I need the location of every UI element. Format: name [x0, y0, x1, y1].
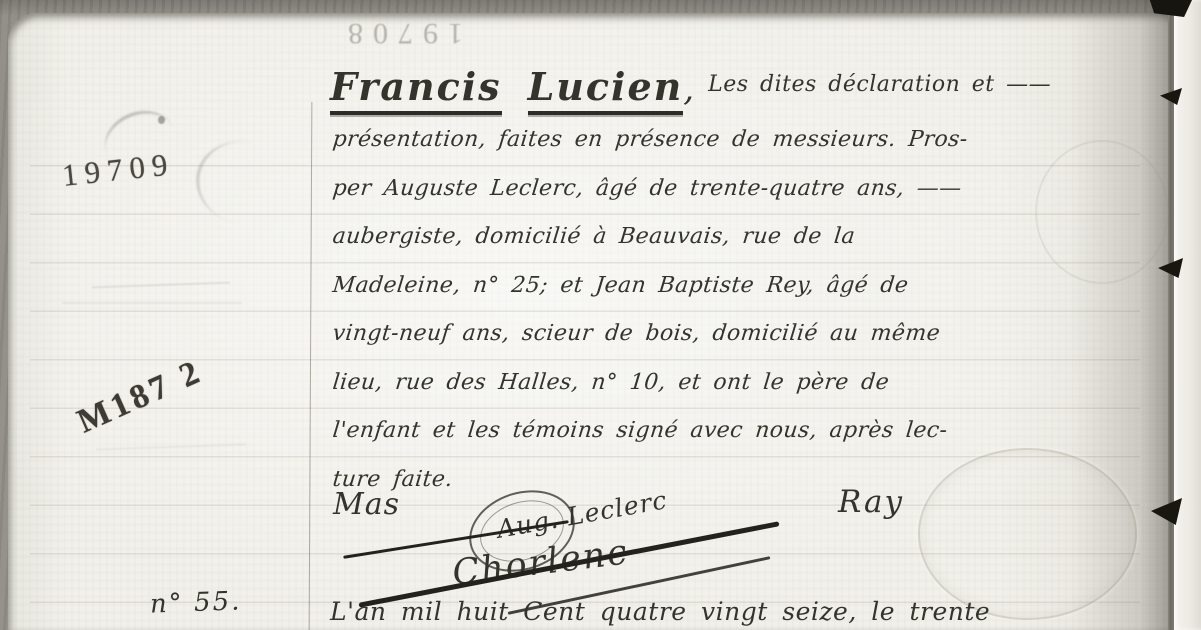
ink-speck [158, 116, 165, 124]
act-body-line: lieu, rue des Halles, n° 10, et ont le p… [330, 359, 1175, 408]
bleedthrough-serial-stamp: 19708 [338, 16, 463, 50]
ink-bleed-line [62, 302, 242, 304]
act-body-line: vingt-neuf ans, scieur de bois, domicili… [330, 310, 1175, 359]
next-act-margin-number: n° 55. [150, 586, 242, 619]
act-given-name-1: Francis [330, 64, 502, 115]
act-given-name-2: Lucien [528, 64, 684, 115]
act-title-separator: , [683, 69, 694, 109]
act-body-line: aubergiste, domicilié à Beauvais, rue de… [330, 213, 1175, 262]
next-act-first-line: L'an mil huit Cent quatre vingt seize, l… [330, 597, 990, 626]
act-body-line: ture faite. [330, 456, 1175, 505]
signature-officer: Mas [333, 487, 400, 522]
act-body: présentation, faites en présence de mess… [330, 116, 1170, 504]
signature-witness-ray: Ray [838, 484, 904, 520]
act-body-line: per Auguste Leclerc, âgé de trente-quatr… [330, 165, 1175, 214]
register-scan: 19708 19709 M187 2 FrancisLucien,Les dit… [0, 0, 1201, 630]
act-body-line: présentation, faites en présence de mess… [330, 116, 1175, 165]
act-title-continuation: Les dites déclaration et —— [708, 72, 1051, 97]
act-body-line: l'enfant et les témoins signé avec nous,… [330, 407, 1175, 456]
act-body-line: Madeleine, n° 25; et Jean Baptiste Rey, … [330, 262, 1175, 311]
act-title-line: FrancisLucien,Les dites déclaration et —… [330, 64, 1051, 115]
